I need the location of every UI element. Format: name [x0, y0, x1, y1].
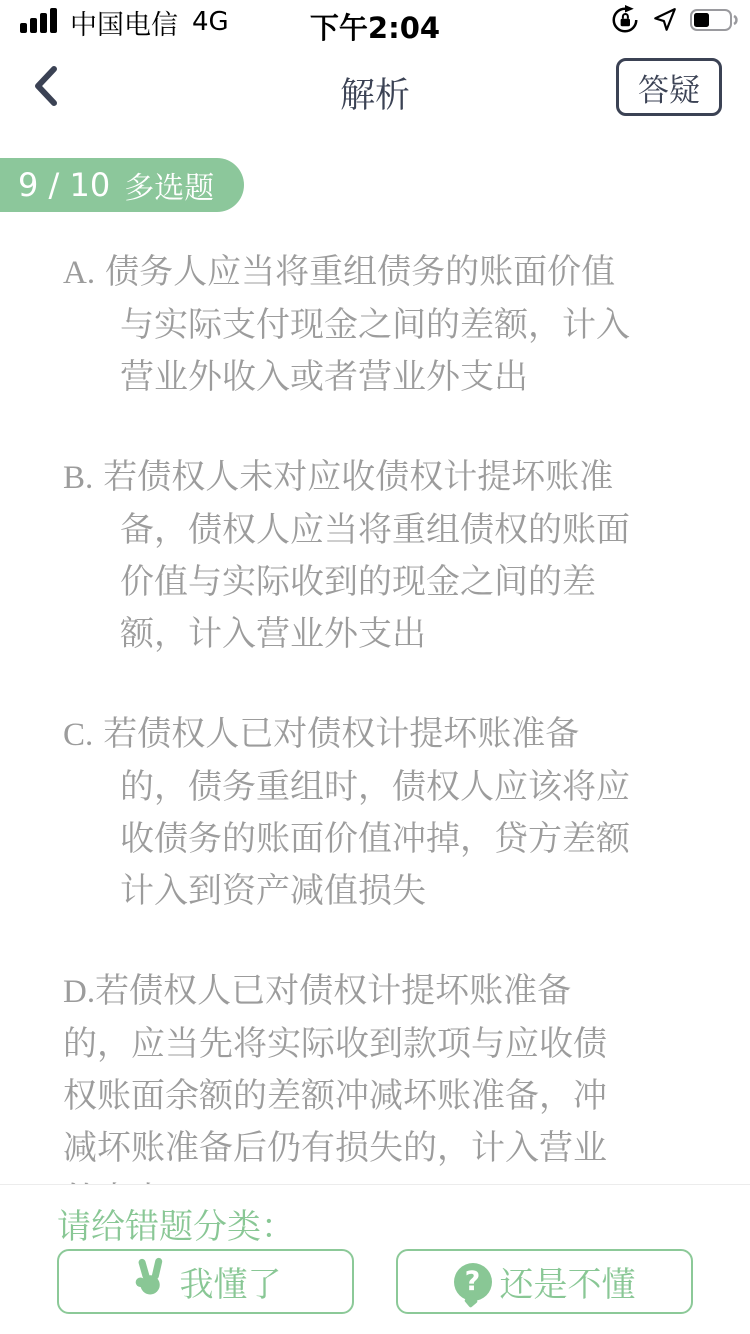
classify-buttons: 我懂了 ? 还是不懂	[57, 1249, 693, 1314]
status-bar: 中国电信 4G 下午2:04	[0, 0, 750, 44]
victory-hand-icon	[130, 1256, 172, 1307]
classify-prompt: 请给错题分类：	[57, 1199, 295, 1248]
question-progress-label: 9 / 10	[18, 166, 110, 204]
not-understood-label: 还是不懂	[500, 1257, 636, 1306]
option-d-line: D.若债权人已对债权计提坏账准备	[63, 965, 710, 1018]
option-a-text: 营业外收入或者营业外支出	[120, 351, 710, 403]
option-a-text: 债务人应当将重组债务的账面价值	[105, 252, 615, 292]
option-c: C.若债权人已对债权计提坏账准备 的，债务重组时，债权人应该将应 收债务的账面价…	[63, 708, 710, 917]
question-glyph: ?	[465, 1266, 481, 1297]
option-c-line: C.若债权人已对债权计提坏账准备	[63, 708, 710, 761]
battery-icon	[690, 8, 740, 36]
orientation-lock-icon	[610, 5, 640, 39]
option-c-text: 若债权人已对债权计提坏账准备	[103, 714, 579, 754]
option-a-label: A.	[63, 255, 95, 291]
back-chevron-icon	[33, 64, 59, 112]
option-b-line: B.若债权人未对应收债权计提坏账准	[63, 451, 710, 504]
status-bar-left: 中国电信 4G	[20, 0, 229, 44]
clock-label: 下午2:04	[310, 6, 440, 47]
option-a-line: A.债务人应当将重组债务的账面价值	[63, 246, 710, 299]
option-c-text: 计入到资产减值损失	[120, 865, 710, 917]
carrier-label: 中国电信	[70, 3, 178, 42]
location-arrow-icon	[652, 7, 678, 37]
question-progress-badge: 9 / 10 多选题	[0, 158, 244, 212]
understood-label: 我懂了	[180, 1257, 282, 1306]
option-b-label: B.	[63, 460, 93, 496]
signal-bars-icon	[20, 6, 60, 38]
option-d-text: 若债权人已对债权计提坏账准备	[95, 971, 571, 1011]
status-bar-right	[610, 0, 740, 44]
qa-button[interactable]: 答疑	[616, 58, 722, 116]
not-understood-button[interactable]: ? 还是不懂	[396, 1249, 693, 1314]
option-c-text: 收债务的账面价值冲掉，贷方差额	[120, 813, 710, 865]
option-d-text: 减坏账准备后仍有损失的，计入营业	[63, 1122, 710, 1174]
option-b-text: 备，债权人应当将重组债权的账面	[120, 504, 710, 556]
option-b: B.若债权人未对应收债权计提坏账准 备，债权人应当将重组债权的账面 价值与实际收…	[63, 451, 710, 660]
option-a: A.债务人应当将重组债务的账面价值 与实际支付现金之间的差额，计入 营业外收入或…	[63, 246, 710, 403]
option-b-text: 若债权人未对应收债权计提坏账准	[103, 457, 613, 497]
option-d-label: D.	[63, 974, 95, 1010]
back-button[interactable]	[24, 60, 68, 116]
option-a-text: 与实际支付现金之间的差额，计入	[120, 299, 710, 351]
option-d-text: 权账面余额的差额冲减坏账准备，冲	[63, 1070, 710, 1122]
question-type-label: 多选题	[124, 163, 214, 207]
option-c-text: 的，债务重组时，债权人应该将应	[120, 761, 710, 813]
network-type-label: 4G	[192, 7, 229, 37]
classify-footer: 请给错题分类： 我懂了 ?	[0, 1184, 750, 1334]
analysis-page: 中国电信 4G 下午2:04	[0, 0, 750, 1334]
option-d-text: 的，应当先将实际收到款项与应收债	[63, 1018, 710, 1070]
option-c-label: C.	[63, 717, 93, 753]
option-b-text: 额，计入营业外支出	[120, 608, 710, 660]
understood-button[interactable]: 我懂了	[57, 1249, 354, 1314]
page-title: 解析	[340, 68, 410, 118]
question-bubble-icon: ?	[454, 1263, 492, 1301]
nav-bar: 解析 答疑	[0, 44, 750, 144]
option-b-text: 价值与实际收到的现金之间的差	[120, 556, 710, 608]
options-list: A.债务人应当将重组债务的账面价值 与实际支付现金之间的差额，计入 营业外收入或…	[63, 246, 710, 1274]
